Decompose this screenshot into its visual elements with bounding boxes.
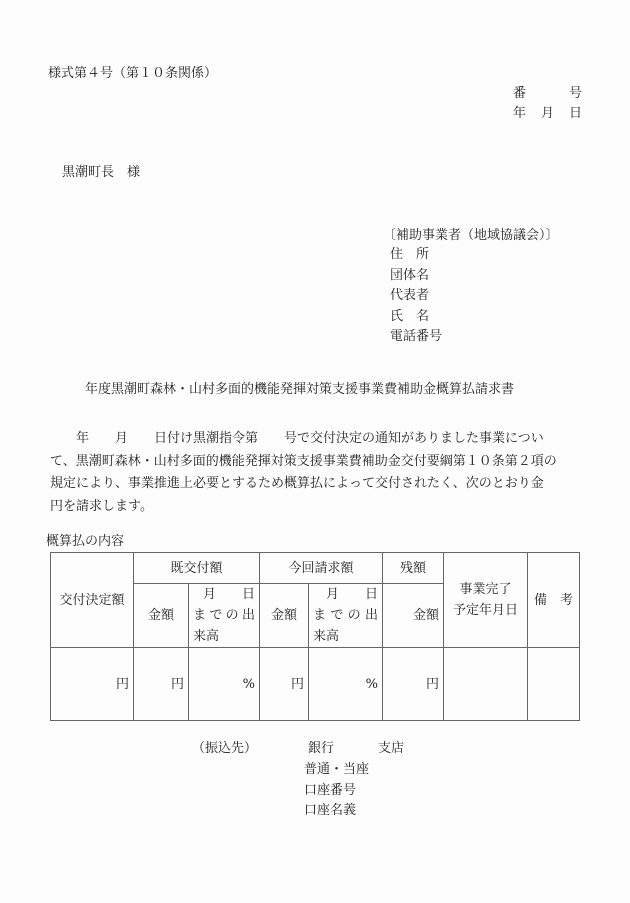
- progress-date: 月 日: [313, 584, 378, 605]
- body-line: 円を請求します。: [50, 496, 584, 519]
- completion-line-2: 予定年月日: [448, 600, 523, 621]
- cell-balance-amount[interactable]: 円: [383, 648, 444, 721]
- cell-paid-amount[interactable]: 円: [134, 648, 189, 721]
- account-holder: 口座名義: [304, 801, 369, 822]
- advance-payment-table: 交付決定額 既交付額 今回請求額 残額 事業完了 予定年月日 備 考 金額 月 …: [50, 552, 580, 721]
- transfer-label: （振込先）: [192, 739, 257, 759]
- field-organization: 団体名: [390, 266, 442, 287]
- applicant-heading: 〔補助事業者（地域協議会）〕: [383, 226, 559, 246]
- header-balance-amount: 金額: [383, 584, 444, 648]
- branch-label: 支店: [378, 739, 404, 759]
- body-paragraph: 年 月 日付け黒潮指令第 号で交付決定の通知がありました事業につい て、黒潮町森…: [50, 428, 584, 518]
- cell-request-progress[interactable]: %: [309, 648, 383, 721]
- cell-decision-amount[interactable]: 円: [51, 648, 134, 721]
- header-paid-amount: 金額: [134, 584, 189, 648]
- document-title: 年度黒潮町森林・山村多面的機能発揮対策支援事業費補助金概算払請求書: [85, 380, 514, 400]
- number-label: 番: [513, 84, 526, 104]
- progress-mid: までの出: [313, 605, 378, 626]
- number-suffix: 号: [569, 84, 582, 104]
- addressee: 黒潮町長 様: [62, 163, 140, 183]
- header-request-progress: 月 日 までの出 来高: [309, 584, 383, 648]
- field-address: 住 所: [390, 245, 442, 266]
- header-balance: 残額: [383, 553, 444, 584]
- header-already-paid: 既交付額: [134, 553, 260, 584]
- applicant-fields: 住 所 団体名 代表者 氏 名 電話番号: [390, 245, 442, 348]
- field-name: 氏 名: [390, 307, 442, 328]
- header-current-request: 今回請求額: [260, 553, 383, 584]
- header-completion-date: 事業完了 予定年月日: [444, 553, 528, 648]
- body-line: 年 月 日付け黒潮指令第 号で交付決定の通知がありました事業につい: [50, 428, 584, 451]
- completion-line-1: 事業完了: [448, 579, 523, 600]
- header-paid-progress: 月 日 までの出 来高: [189, 584, 260, 648]
- cell-completion-date[interactable]: [444, 648, 528, 721]
- account-type: 普通・当座: [304, 760, 369, 781]
- body-line: て、黒潮町森林・山村多面的機能発揮対策支援事業費補助金交付要綱第１０条第２項の: [50, 451, 584, 474]
- progress-bot: 来高: [193, 626, 255, 647]
- field-representative: 代表者: [390, 286, 442, 307]
- progress-date: 月 日: [193, 584, 255, 605]
- bank-fields: 普通・当座 口座番号 口座名義: [304, 760, 369, 822]
- cell-paid-progress[interactable]: %: [189, 648, 260, 721]
- cell-request-amount[interactable]: 円: [260, 648, 309, 721]
- bank-label: 銀行: [308, 739, 334, 759]
- field-phone: 電話番号: [390, 327, 442, 348]
- progress-mid: までの出: [193, 605, 255, 626]
- table-caption: 概算払の内容: [46, 532, 124, 552]
- date-day: 日: [569, 104, 582, 124]
- date-month: 月: [541, 104, 554, 124]
- header-decision-amount: 交付決定額: [51, 553, 134, 648]
- body-line: 規定により、事業推進上必要とするため概算払によって交付されたく、次のとおり金: [50, 473, 584, 496]
- account-number: 口座番号: [304, 781, 369, 802]
- progress-bot: 来高: [313, 626, 378, 647]
- header-remarks: 備 考: [528, 553, 580, 648]
- form-label: 様式第４号（第１０条関係）: [48, 64, 217, 84]
- date-year: 年: [513, 104, 526, 124]
- header-request-amount: 金額: [260, 584, 309, 648]
- cell-remarks[interactable]: [528, 648, 580, 721]
